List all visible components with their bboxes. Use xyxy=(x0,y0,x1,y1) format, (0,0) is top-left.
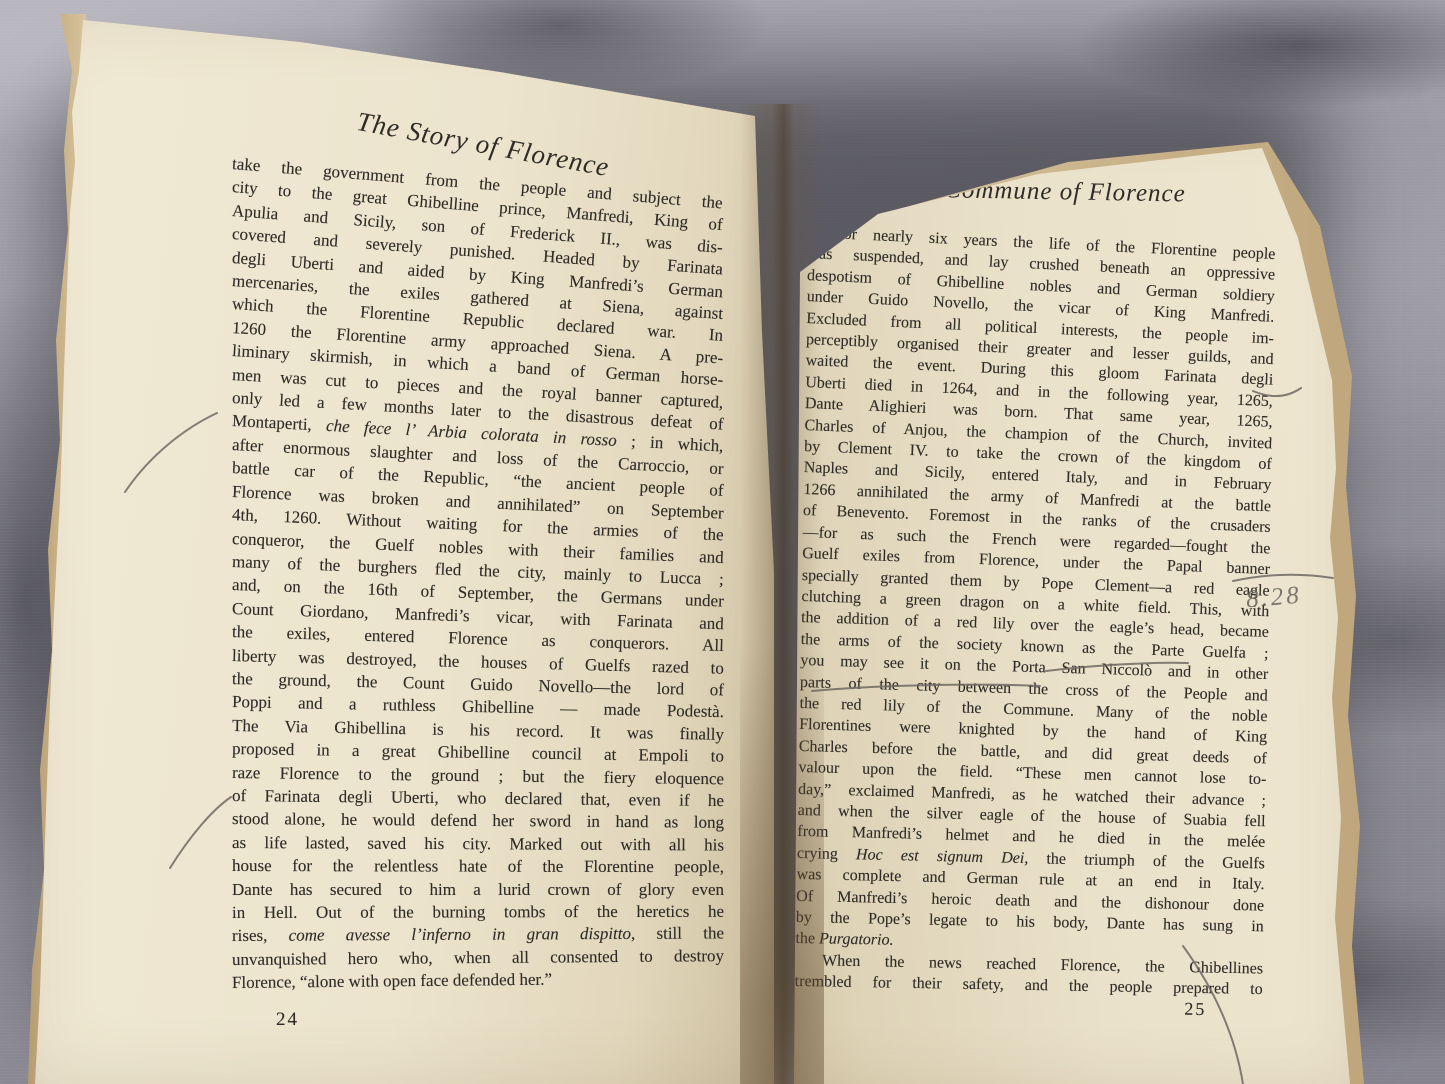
right-page-text-block: For nearly six years the life of the Flo… xyxy=(794,222,1276,1021)
page-number: 24 xyxy=(276,1008,724,1031)
pencil-margin-note: 8.28 xyxy=(1245,582,1303,615)
text-line: Dante has secured to him a lurid crown o… xyxy=(232,878,724,901)
text-line: Florence, “alone with open face defended… xyxy=(232,966,724,995)
left-page: The Story of Florence take the governmen… xyxy=(26,12,774,1084)
text-line: as life lasted, saved his city. Marked o… xyxy=(232,831,724,857)
book-photo: The Story of Florence take the governmen… xyxy=(0,0,1445,1084)
text-line: house for the relentless hate of the Flo… xyxy=(232,854,724,879)
text-line: in Hell. Out of the burning tombs of the… xyxy=(232,900,724,925)
left-page-text-block: take the government from the people and … xyxy=(232,152,724,1031)
